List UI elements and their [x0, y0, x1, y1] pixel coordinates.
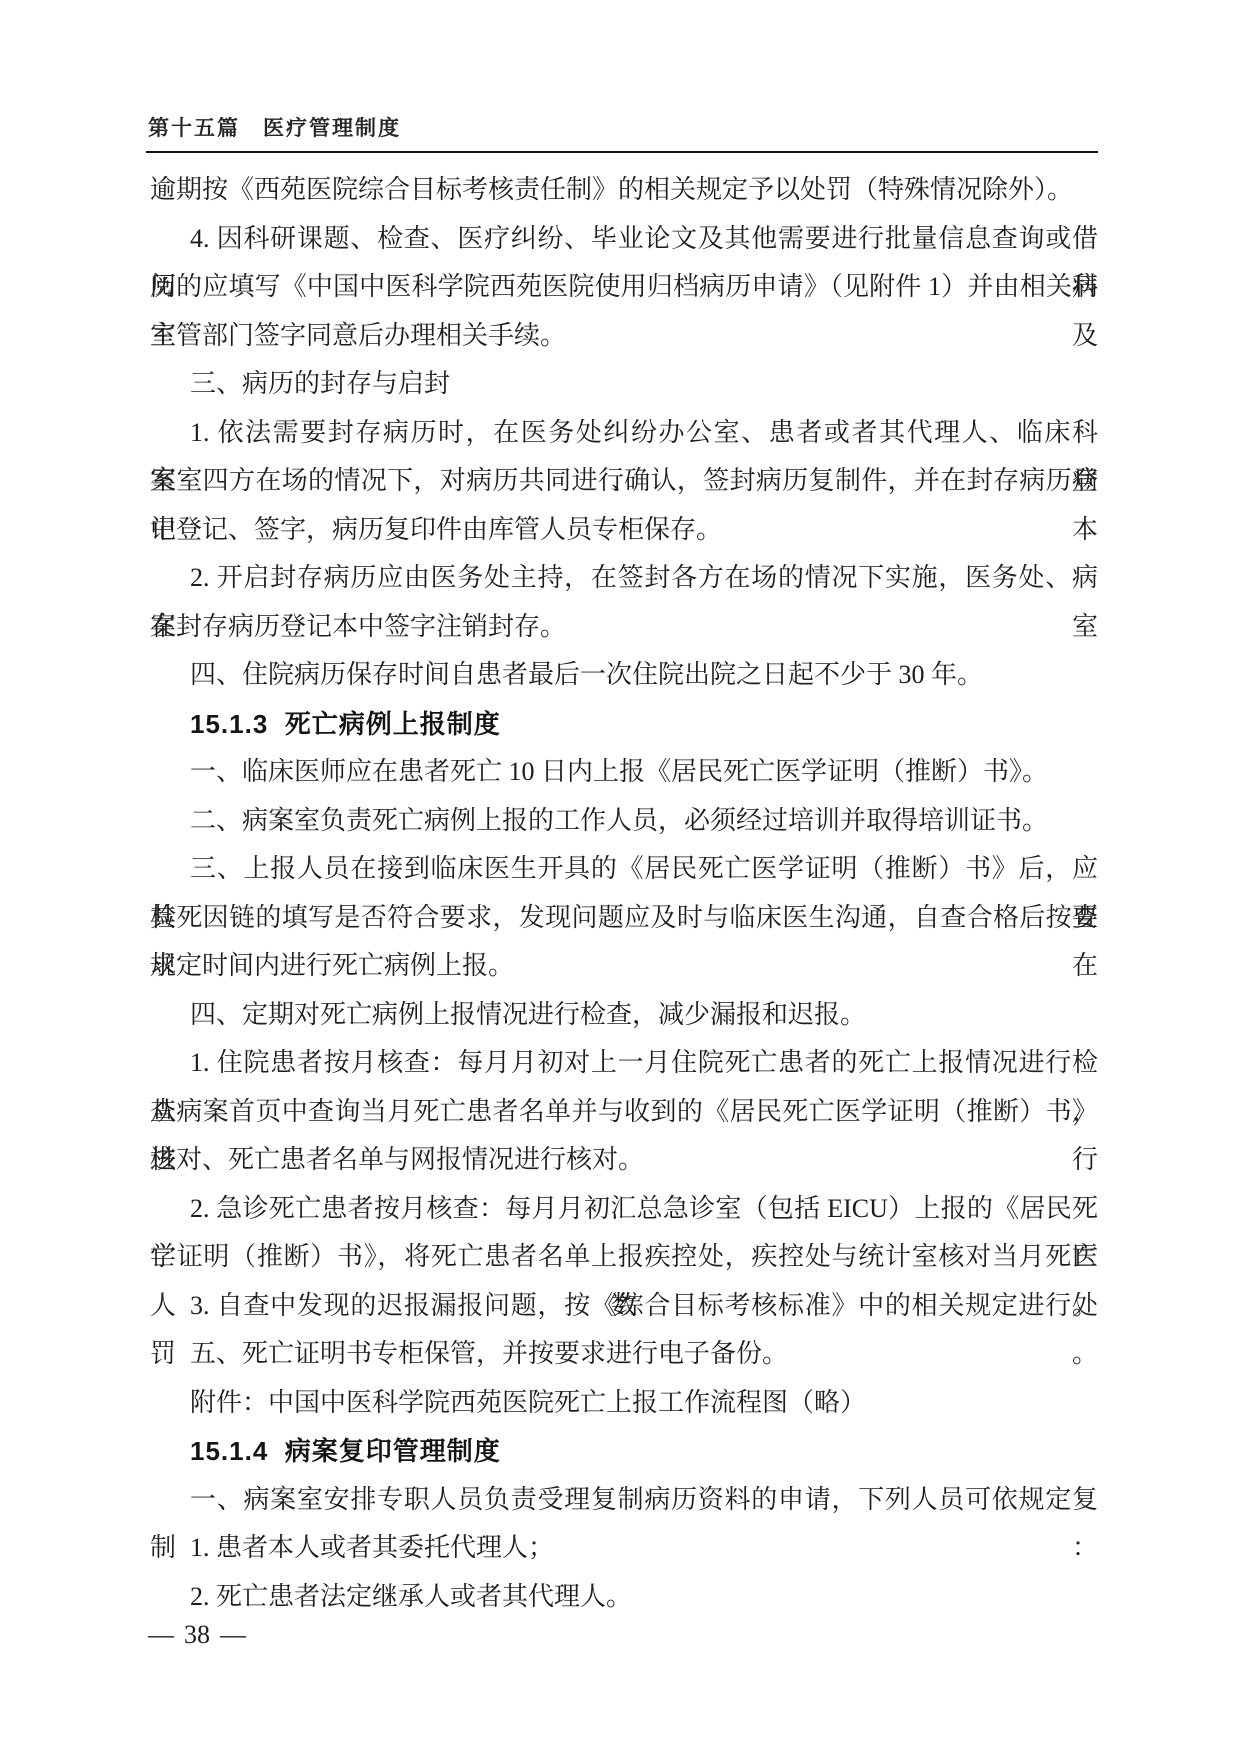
document-body: 逾期按《西苑医院综合目标考核责任制》的相关规定予以处罚（特殊情况除外）。4. 因… — [150, 166, 1098, 1621]
text-line: 一、病案室安排专职人员负责受理复制病历资料的申请，下列人员可依规定复制： — [150, 1476, 1098, 1525]
text-line: 1. 依法需要封存病历时，在医务处纠纷办公室、患者或者其代理人、临床科室、病 — [150, 409, 1098, 458]
footer-dash-left: — — [148, 1620, 174, 1650]
page-header: 第十五篇 医疗管理制度 — [148, 112, 401, 142]
text-line: 2. 死亡患者法定继承人或者其代理人。 — [150, 1573, 1098, 1622]
section-heading: 15.1.3 死亡病例上报制度 — [150, 700, 1098, 749]
text-line: 四、定期对死亡病例上报情况进行检查，减少漏报和迟报。 — [150, 991, 1098, 1040]
footer-dash-right: — — [220, 1620, 246, 1650]
page-header-title: 第十五篇 医疗管理制度 — [148, 117, 401, 140]
text-line: 学证明（推断）书》，将死亡患者名单上报疾控处，疾控处与统计室核对当月死亡人数。 — [150, 1233, 1098, 1282]
text-line: 从病案首页中查询当月死亡患者名单并与收到的《居民死亡医学证明（推断）书》进行 — [150, 1088, 1098, 1137]
text-line: 1. 住院患者按月核查：每月月初对上一月住院死亡患者的死亡上报情况进行检查， — [150, 1039, 1098, 1088]
text-line: 逾期按《西苑医院综合目标考核责任制》的相关规定予以处罚（特殊情况除外）。 — [150, 166, 1098, 215]
section-heading: 15.1.4 病案复印管理制度 — [150, 1427, 1098, 1476]
text-line: 2. 急诊死亡患者按月核查：每月月初汇总急诊室（包括 EICU）上报的《居民死亡… — [150, 1185, 1098, 1234]
header-divider — [146, 151, 1098, 153]
page-footer: — 38 — — [148, 1620, 246, 1650]
text-line: 其死因链的填写是否符合要求，发现问题应及时与临床医生沟通，自查合格后按要求在 — [150, 894, 1098, 943]
text-line: 2. 开启封存病历应由医务处主持，在签封各方在场的情况下实施，医务处、病案室 — [150, 554, 1098, 603]
text-line: 四、住院病历保存时间自患者最后一次住院出院之日起不少于 30 年。 — [150, 651, 1098, 700]
document-page: 第十五篇 医疗管理制度 逾期按《西苑医院综合目标考核责任制》的相关规定予以处罚（… — [0, 0, 1240, 1754]
text-line: 三、上报人员在接到临床医生开具的《居民死亡医学证明（推断）书》后，应检查 — [150, 845, 1098, 894]
text-line: 附件：中国中医科学院西苑医院死亡上报工作流程图（略） — [150, 1379, 1098, 1428]
text-line: 二、病案室负责死亡病例上报的工作人员，必须经过培训并取得培训证书。 — [150, 797, 1098, 846]
text-line: 3. 自查中发现的迟报漏报问题，按《综合目标考核标准》中的相关规定进行处罚。 — [150, 1282, 1098, 1331]
text-line: 一、临床医师应在患者死亡 10 日内上报《居民死亡医学证明（推断）书》。 — [150, 748, 1098, 797]
text-line: 案室四方在场的情况下，对病历共同进行确认，签封病历复制件，并在封存病历登记本 — [150, 457, 1098, 506]
text-line: 4. 因科研课题、检查、医疗纠纷、毕业论文及其他需要进行批量信息查询或借阅病 — [150, 215, 1098, 264]
text-line: 历的应填写《中国中医科学院西苑医院使用归档病历申请》（见附件 1）并由相关科室及 — [150, 263, 1098, 312]
page-number: 38 — [184, 1620, 210, 1650]
text-line: 三、病历的封存与启封 — [150, 360, 1098, 409]
